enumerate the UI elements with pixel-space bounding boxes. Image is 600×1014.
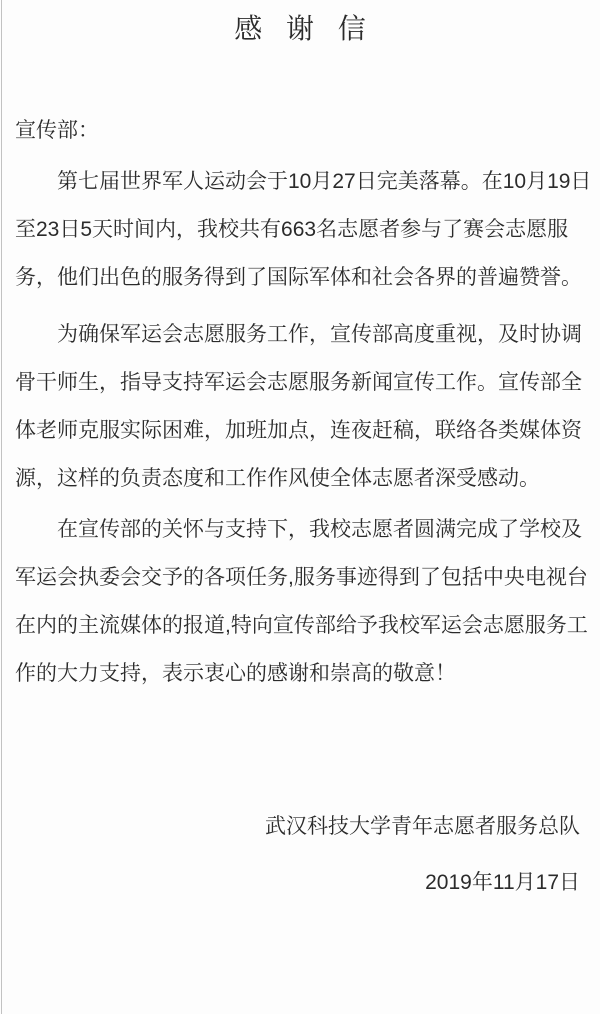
letter-title: 感 谢 信 [0, 0, 600, 44]
paragraph-1-line-3: 务，他们出色的服务得到了国际军体和社会各界的普遍赞誉。 [15, 254, 585, 302]
paragraph-3-line-3: 在内的主流媒体的报道,特向宣传部给予我校军运会志愿服务工 [15, 602, 585, 650]
paragraph-2-line-2: 骨干师生，指导支持军运会志愿服务新闻宣传工作。宣传部全 [15, 359, 585, 407]
date-line: 2019年11月17日 [0, 859, 600, 907]
paragraph-2-line-4: 源，这样的负责态度和工作作风使全体志愿者深受感动。 [15, 455, 585, 503]
paragraph-1-line-2: 至23日5天时间内，我校共有663名志愿者参与了赛会志愿服 [15, 206, 585, 254]
paragraph-2: 为确保军运会志愿服务工作，宣传部高度重视，及时协调 骨干师生，指导支持军运会志愿… [0, 311, 600, 503]
paragraph-3-line-4: 作的大力支持，表示衷心的感谢和崇高的敬意！ [15, 650, 585, 698]
signature: 武汉科技大学青年志愿者服务总队 [0, 803, 600, 851]
letter-page: 感 谢 信 宣传部： 第七届世界军人运动会于10月27日完美落幕。在10月19日… [0, 0, 600, 1014]
paragraph-1: 第七届世界军人运动会于10月27日完美落幕。在10月19日 至23日5天时间内，… [0, 158, 600, 302]
paragraph-3: 在宣传部的关怀与支持下，我校志愿者圆满完成了学校及 军运会执委会交予的各项任务,… [0, 506, 600, 698]
paragraph-3-line-2: 军运会执委会交予的各项任务,服务事迹得到了包括中央电视台 [15, 554, 585, 602]
paragraph-3-line-1: 在宣传部的关怀与支持下，我校志愿者圆满完成了学校及 [15, 506, 585, 554]
salutation: 宣传部： [0, 107, 600, 155]
paragraph-2-line-3: 体老师克服实际困难，加班加点，连夜赶稿，联络各类媒体资 [15, 407, 585, 455]
paragraph-1-line-1: 第七届世界军人运动会于10月27日完美落幕。在10月19日 [15, 158, 585, 206]
page-left-edge-line [1, 0, 2, 1014]
paragraph-2-line-1: 为确保军运会志愿服务工作，宣传部高度重视，及时协调 [15, 311, 585, 359]
